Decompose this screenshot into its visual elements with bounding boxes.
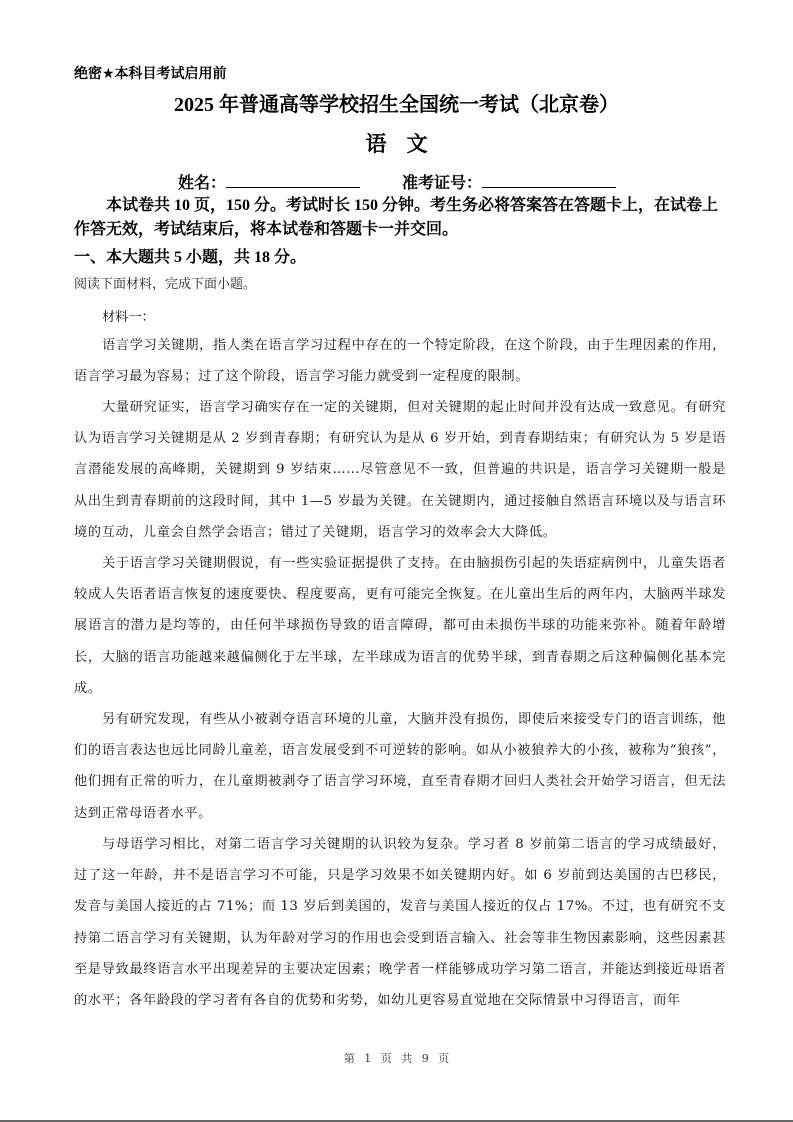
exam-instructions: 本试卷共 10 页，150 分。考试时长 150 分钟。考生务必将答案答在答题卡… bbox=[74, 194, 726, 242]
paragraph-4: 另有研究发现，有些从小被剥夺语言环境的儿童，大脑并没有损伤，即使后来接受专门的语… bbox=[74, 704, 726, 829]
exam-id-label: 准考证号： bbox=[402, 175, 482, 192]
exam-id-field[interactable]: 准考证号： bbox=[402, 170, 616, 193]
page-number: 第 1 页 共 9 页 bbox=[0, 1050, 793, 1066]
paragraph-2: 大量研究证实，语言学习确实存在一定的关键期，但对关键期的起止时间并没有达成一致意… bbox=[74, 392, 726, 548]
paragraph-3: 关于语言学习关键期假说，有一些实验证据提供了支持。在由脑损伤引起的失语症病例中，… bbox=[74, 548, 726, 704]
confidential-notice: 绝密★本科目考试启用前 bbox=[74, 63, 227, 83]
material-label: 材料一： bbox=[102, 306, 155, 325]
name-field[interactable]: 姓名： bbox=[178, 170, 360, 193]
section-heading: 一、本大题共 5 小题，共 18 分。 bbox=[74, 244, 306, 267]
name-label: 姓名： bbox=[178, 175, 226, 192]
paragraph-5: 与母语学习相比，对第二语言学习关键期的认识较为复杂。学习者 8 岁前第二语言的学… bbox=[74, 829, 726, 1016]
exam-page: 绝密★本科目考试启用前 2025 年普通高等学校招生全国统一考试（北京卷） 语文… bbox=[0, 0, 793, 1122]
exam-id-blank-line[interactable] bbox=[482, 173, 616, 188]
name-blank-line[interactable] bbox=[226, 173, 360, 188]
exam-title: 2025 年普通高等学校招生全国统一考试（北京卷） bbox=[0, 88, 793, 117]
reading-instruction: 阅读下面材料，完成下面小题。 bbox=[74, 273, 256, 292]
subject-title: 语文 bbox=[0, 128, 793, 158]
paragraph-1: 语言学习关键期，指人类在语言学习过程中存在的一个特定阶段，在这个阶段，由于生理因… bbox=[74, 330, 726, 392]
